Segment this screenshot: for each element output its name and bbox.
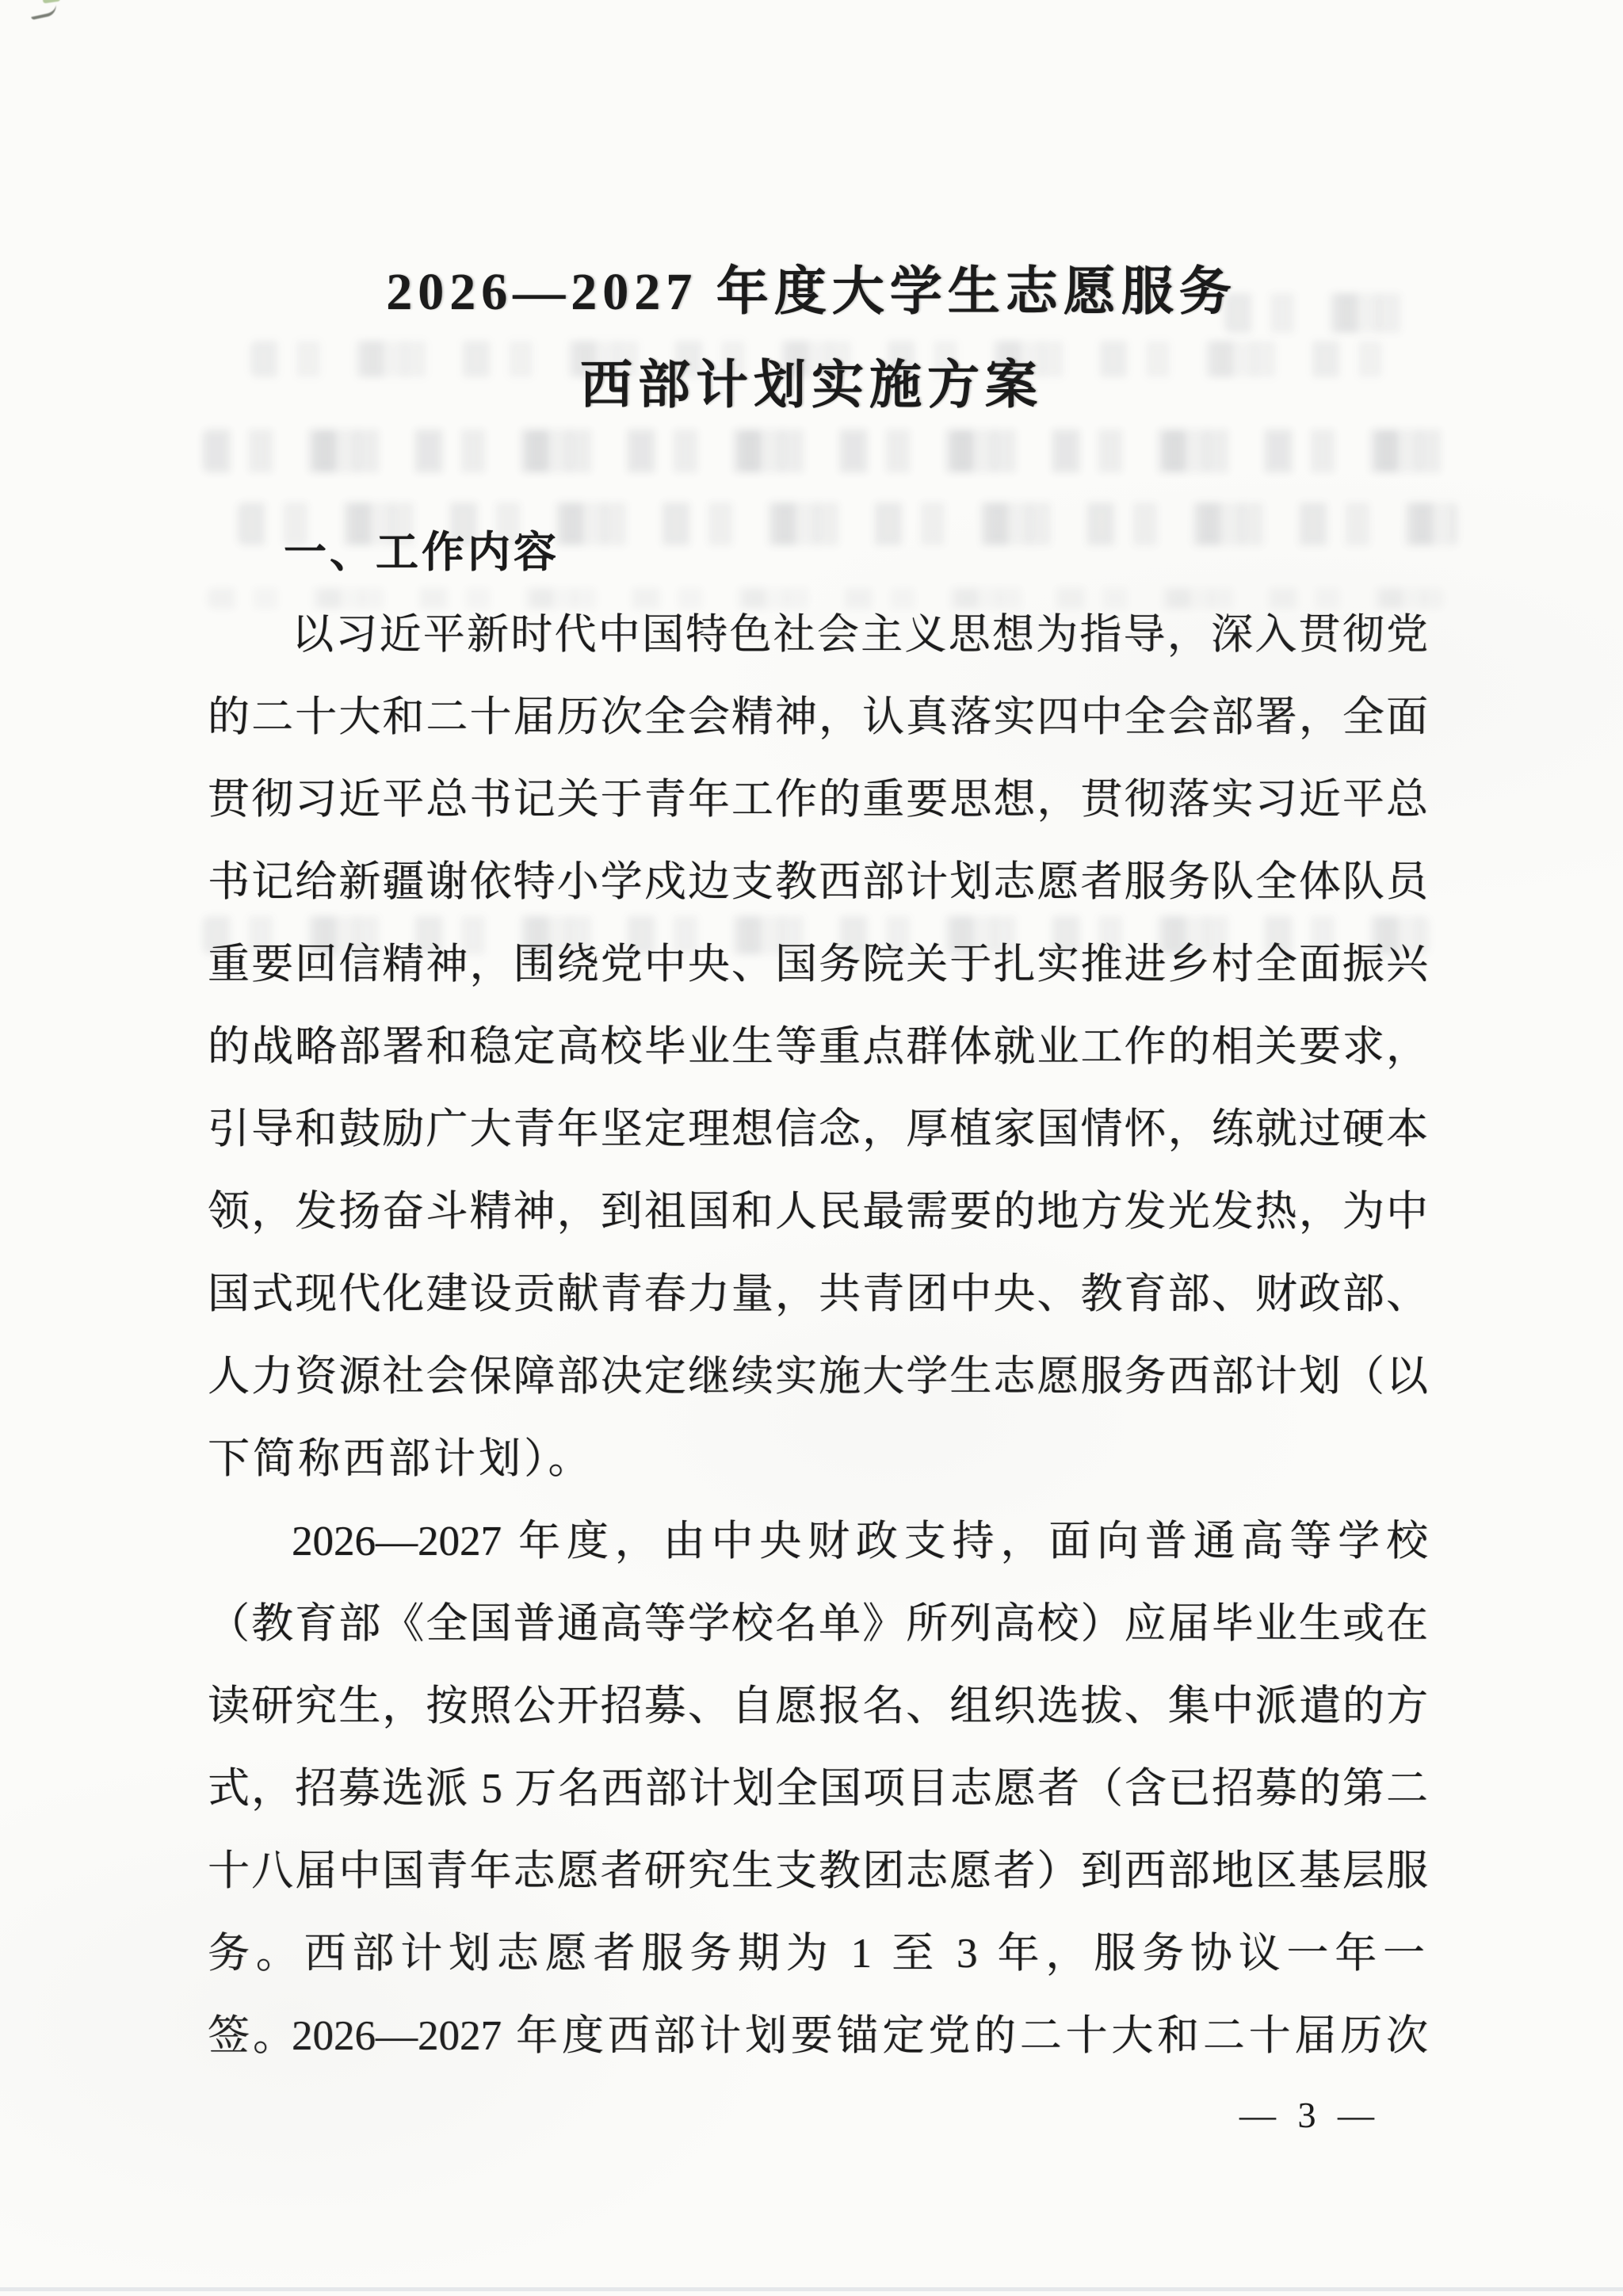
body-line: 2026—2027 年度，由中央财政支持，面向普通高等学校 bbox=[208, 1500, 1428, 1583]
document-page: 2026—2027 年度大学生志愿服务 西部计划实施方案 一、工作内容 以习近平… bbox=[0, 0, 1623, 2296]
document-title-line-2: 西部计划实施方案 bbox=[0, 339, 1623, 433]
body-line: 务。西部计划志愿者服务期为 1 至 3 年，服务协议一年一签。 bbox=[208, 1912, 1428, 1995]
page-number: — 3 — bbox=[1211, 2091, 1409, 2140]
body-line: 人力资源社会保障部决定继续实施大学生志愿服务西部计划（以 bbox=[208, 1335, 1428, 1418]
body-line: （教育部《全国普通高等学校名单》所列高校）应届毕业生或在 bbox=[208, 1583, 1428, 1665]
scan-bottom-edge bbox=[0, 2287, 1623, 2291]
body-line: 国式现代化建设贡献青春力量，共青团中央、教育部、财政部、 bbox=[208, 1253, 1428, 1335]
body-line: 十八届中国青年志愿者研究生支教团志愿者）到西部地区基层服 bbox=[208, 1830, 1428, 1912]
body-line: 以习近平新时代中国特色社会主义思想为指导，深入贯彻党 bbox=[208, 594, 1428, 676]
body-line: 读研究生，按照公开招募、自愿报名、组织选拔、集中派遣的方 bbox=[208, 1665, 1428, 1748]
body-line: 的二十大和二十届历次全会精神，认真落实四中全会部署，全面 bbox=[208, 676, 1428, 758]
section-heading: 一、工作内容 bbox=[208, 511, 1428, 594]
bleed-through-smudge bbox=[203, 430, 1465, 472]
body-line: 领，发扬奋斗精神，到祖国和人民最需要的地方发光发热，为中 bbox=[208, 1171, 1428, 1253]
body-line: 下简称西部计划）。 bbox=[208, 1418, 1428, 1500]
body-line: 的战略部署和稳定高校毕业生等重点群体就业工作的相关要求， bbox=[208, 1006, 1428, 1088]
document-title: 2026—2027 年度大学生志愿服务 西部计划实施方案 bbox=[0, 246, 1623, 433]
pen-mark bbox=[24, 0, 65, 19]
body-line: 2026—2027 年度西部计划要锚定党的二十大和二十届历次 bbox=[208, 1995, 1428, 2077]
pen-mark-stroke bbox=[29, 2, 59, 21]
body-line: 贯彻习近平总书记关于青年工作的重要思想，贯彻落实习近平总 bbox=[208, 758, 1428, 841]
body-line: 引导和鼓励广大青年坚定理想信念，厚植家国情怀，练就过硬本 bbox=[208, 1088, 1428, 1171]
body-line: 式，招募选派 5 万名西部计划全国项目志愿者（含已招募的第二 bbox=[208, 1748, 1428, 1830]
document-body: 一、工作内容 以习近平新时代中国特色社会主义思想为指导，深入贯彻党 的二十大和二… bbox=[208, 511, 1428, 2077]
body-line: 书记给新疆谢依特小学戍边支教西部计划志愿者服务队全体队员 bbox=[208, 841, 1428, 923]
body-line: 重要回信精神，围绕党中央、国务院关于扎实推进乡村全面振兴 bbox=[208, 923, 1428, 1006]
document-title-line-1: 2026—2027 年度大学生志愿服务 bbox=[0, 246, 1623, 339]
